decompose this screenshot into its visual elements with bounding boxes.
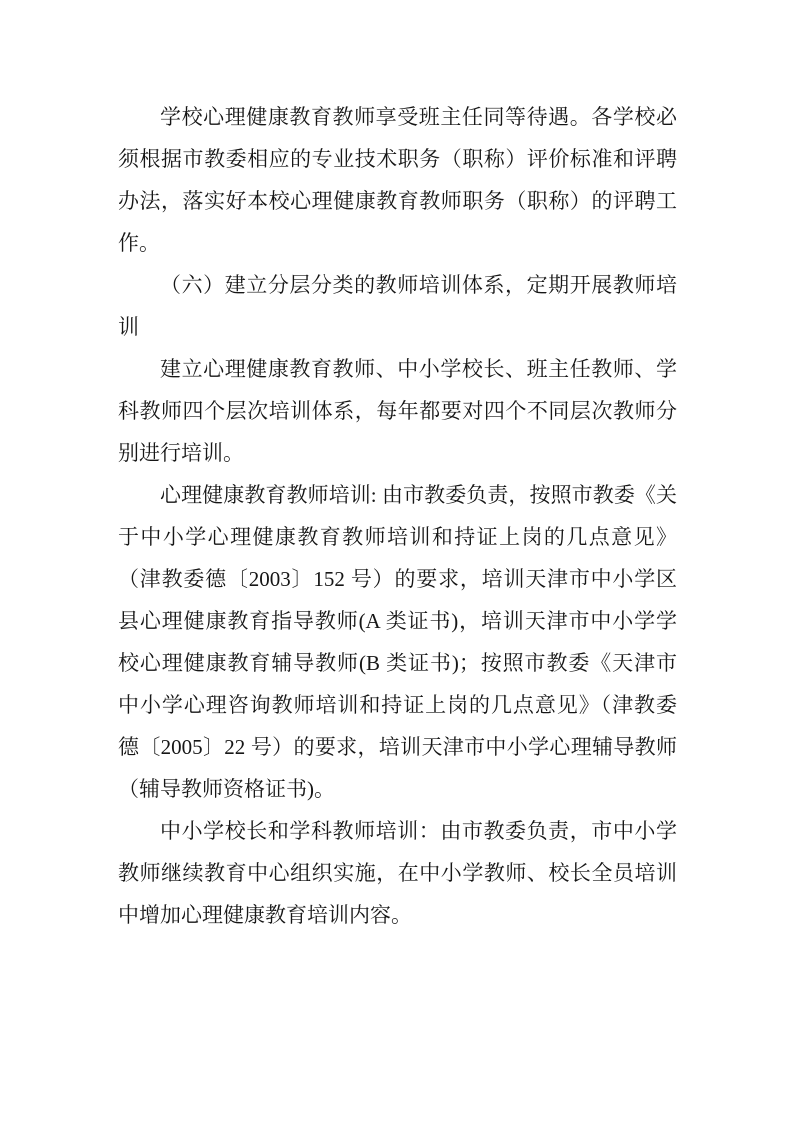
text-line: 学校心理健康教育教师享受班主任同等待遇。各学校必 bbox=[118, 96, 677, 138]
text-line: 中小学校长和学科教师培训：由市教委负责，市中小学 bbox=[118, 810, 677, 852]
text-line: （六）建立分层分类的教师培训体系，定期开展教师培 bbox=[118, 264, 677, 306]
text-line: 建立心理健康教育教师、中小学校长、班主任教师、学 bbox=[118, 348, 677, 390]
text-line: 训 bbox=[118, 306, 677, 348]
text-line: 中小学心理咨询教师培训和持证上岗的几点意见》（津教委 bbox=[118, 684, 677, 726]
text-line: 办法，落实好本校心理健康教育教师职务（职称）的评聘工 bbox=[118, 180, 677, 222]
document-page: 学校心理健康教育教师享受班主任同等待遇。各学校必须根据市教委相应的专业技术职务（… bbox=[0, 0, 793, 1122]
text-line: （辅导教师资格证书)。 bbox=[118, 768, 677, 810]
text-line: 德〔2005〕22 号）的要求，培训天津市中小学心理辅导教师 bbox=[118, 726, 677, 768]
text-line: 作。 bbox=[118, 222, 677, 264]
document-body: 学校心理健康教育教师享受班主任同等待遇。各学校必须根据市教委相应的专业技术职务（… bbox=[118, 96, 677, 936]
text-line: 校心理健康教育辅导教师(B 类证书)；按照市教委《天津市 bbox=[118, 642, 677, 684]
text-line: 县心理健康教育指导教师(A 类证书)，培训天津市中小学学 bbox=[118, 600, 677, 642]
text-line: 科教师四个层次培训体系，每年都要对四个不同层次教师分 bbox=[118, 390, 677, 432]
text-line: 心理健康教育教师培训: 由市教委负责，按照市教委《关 bbox=[118, 474, 677, 516]
text-line: 教师继续教育中心组织实施，在中小学教师、校长全员培训 bbox=[118, 852, 677, 894]
text-line: 中增加心理健康教育培训内容。 bbox=[118, 894, 677, 936]
text-line: 别进行培训。 bbox=[118, 432, 677, 474]
text-line: 须根据市教委相应的专业技术职务（职称）评价标准和评聘 bbox=[118, 138, 677, 180]
text-line: （津教委德〔2003〕152 号）的要求，培训天津市中小学区 bbox=[118, 558, 677, 600]
text-line: 于中小学心理健康教育教师培训和持证上岗的几点意见》 bbox=[118, 516, 677, 558]
